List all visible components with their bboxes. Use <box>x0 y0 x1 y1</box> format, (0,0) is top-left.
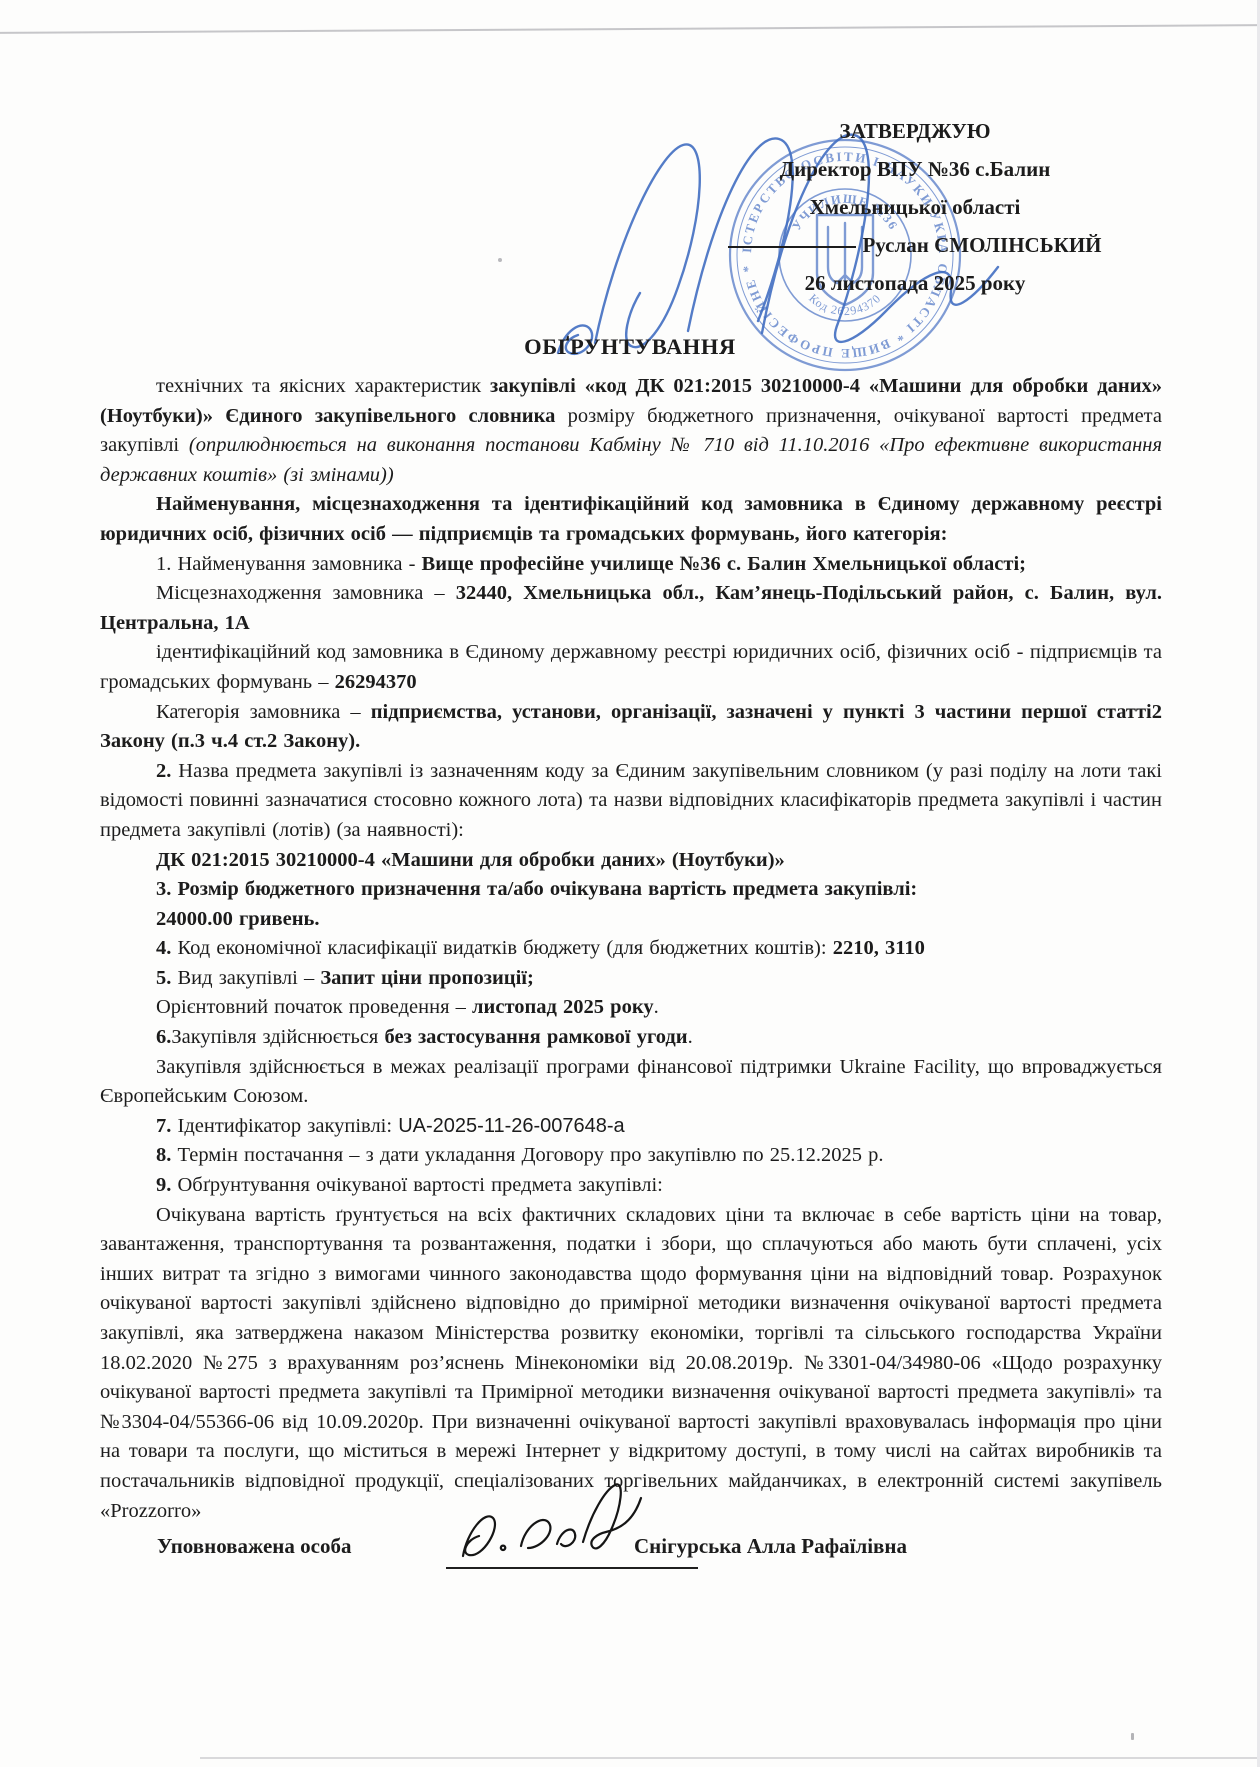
authorized-person-signature-ink <box>425 1470 725 1580</box>
body-paragraph: 5. Вид закупівлі – Запит ціни пропозиції… <box>100 964 1162 994</box>
approval-position-line2: Хмельницької області <box>700 188 1130 226</box>
text-segment: ідентифікаційний код замовника в Єдиному… <box>100 641 1162 693</box>
text-segment: Ідентифікатор закупівлі: <box>171 1115 398 1137</box>
text-segment: 1. Найменування замовника - <box>156 553 422 575</box>
text-segment: 3. Розмір бюджетного призначення та/або … <box>156 878 917 900</box>
text-segment: Закупівля здійснюється <box>171 1026 384 1048</box>
text-segment: . <box>654 996 659 1018</box>
text-segment: листопад 2025 року <box>472 996 654 1018</box>
text-segment: 6. <box>156 1026 171 1048</box>
document-body: технічних та якісних характеристик закуп… <box>100 372 1162 1526</box>
approval-signer-name: Руслан СМОЛІНСЬКИЙ <box>862 233 1101 257</box>
text-segment: 7. <box>156 1115 171 1137</box>
body-paragraph: Закупівля здійснюється в межах реалізаці… <box>100 1053 1162 1112</box>
body-paragraph: 8. Термін постачання – з дати укладання … <box>100 1141 1162 1171</box>
authorized-person-label: Уповноважена особа <box>157 1534 351 1559</box>
text-segment: технічних та якісних характеристик <box>156 375 490 397</box>
authorized-person-name: Снігурська Алла Рафаїлівна <box>634 1534 907 1559</box>
text-segment: Найменування, місцезнаходження та іденти… <box>100 493 1162 545</box>
text-segment: Код економічної класифікації видатків бю… <box>171 937 832 959</box>
text-segment: Вище професійне училище №36 с. Балин Хме… <box>422 553 1026 575</box>
text-segment: (оприлюднюється на виконання постанови К… <box>100 434 1162 486</box>
body-paragraph: Категорія замовника – підприємства, уста… <box>100 698 1162 757</box>
text-segment: 24000.00 гривень. <box>156 908 319 930</box>
approval-date: 26 листопада 2025 року <box>700 264 1130 302</box>
body-paragraph: Місцезнаходження замовника – 32440, Хмел… <box>100 579 1162 638</box>
body-paragraph: 2. Назва предмета закупівлі із зазначенн… <box>100 757 1162 846</box>
approval-position-line1: Директор ВПУ №36 с.Балин <box>700 150 1130 188</box>
text-segment: 2210, 3110 <box>833 937 925 959</box>
body-paragraph: Орієнтовний початок проведення – листопа… <box>100 993 1162 1023</box>
scan-artifact-dot <box>498 258 502 262</box>
text-segment: Категорія замовника – <box>156 701 371 723</box>
approval-block: ЗАТВЕРДЖУЮ Директор ВПУ №36 с.Балин Хмел… <box>700 112 1130 302</box>
body-paragraph: 9. Обґрунтування очікуваної вартості пре… <box>100 1171 1162 1201</box>
text-segment: без застосування рамкової угоди <box>385 1026 688 1048</box>
text-segment: Місцезнаходження замовника – <box>156 582 456 604</box>
body-paragraph: 3. Розмір бюджетного призначення та/або … <box>100 875 1162 905</box>
text-segment: Обґрунтування очікуваної вартості предме… <box>171 1174 663 1196</box>
text-segment: 5. <box>156 967 171 989</box>
approval-signature-row: Руслан СМОЛІНСЬКИЙ <box>700 226 1130 264</box>
text-segment: ДК 021:2015 30210000-4 «Машини для оброб… <box>156 849 785 871</box>
text-segment: 26294370 <box>335 671 417 693</box>
body-paragraph: 4. Код економічної класифікації видатків… <box>100 934 1162 964</box>
text-segment: Запит ціни пропозиції; <box>320 967 533 989</box>
body-paragraph: ідентифікаційний код замовника в Єдиному… <box>100 638 1162 697</box>
text-segment: 8. <box>156 1144 171 1166</box>
approval-heading: ЗАТВЕРДЖУЮ <box>700 112 1130 150</box>
text-segment: Термін постачання – з дати укладання Дог… <box>171 1144 883 1166</box>
text-segment: Вид закупівлі – <box>171 967 320 989</box>
scan-artifact-speck <box>1131 1733 1134 1740</box>
text-segment: Закупівля здійснюється в межах реалізаці… <box>100 1056 1162 1108</box>
document-title: ОБҐРУНТУВАННЯ <box>100 334 1160 360</box>
text-segment: Орієнтовний початок проведення – <box>156 996 472 1018</box>
body-paragraph: 1. Найменування замовника - Вище професі… <box>100 550 1162 580</box>
scan-artifact-top-line <box>0 24 1260 33</box>
text-segment: UA-2025-11-26-007648-a <box>398 1115 624 1137</box>
body-paragraph: 7. Ідентифікатор закупівлі: UA-2025-11-2… <box>100 1112 1162 1142</box>
text-segment: 2. <box>156 760 171 782</box>
body-paragraph: Найменування, місцезнаходження та іденти… <box>100 490 1162 549</box>
approval-signature-line <box>728 246 856 248</box>
body-paragraph: 24000.00 гривень. <box>100 905 1162 935</box>
text-segment: Назва предмета закупівлі із зазначенням … <box>100 760 1162 841</box>
body-paragraph: ДК 021:2015 30210000-4 «Машини для оброб… <box>100 846 1162 876</box>
text-segment: 9. <box>156 1174 171 1196</box>
text-segment: . <box>688 1026 693 1048</box>
scan-artifact-bottom-line <box>200 1757 1260 1759</box>
body-paragraph: 6.Закупівля здійснюється без застосуванн… <box>100 1023 1162 1053</box>
body-paragraph: технічних та якісних характеристик закуп… <box>100 372 1162 490</box>
scanned-document-page: МІНІСТЕРСТВО ОСВІТИ І НАУКИ УКРАЇНИ ОБЛА… <box>0 0 1260 1767</box>
text-segment: 4. <box>156 937 171 959</box>
